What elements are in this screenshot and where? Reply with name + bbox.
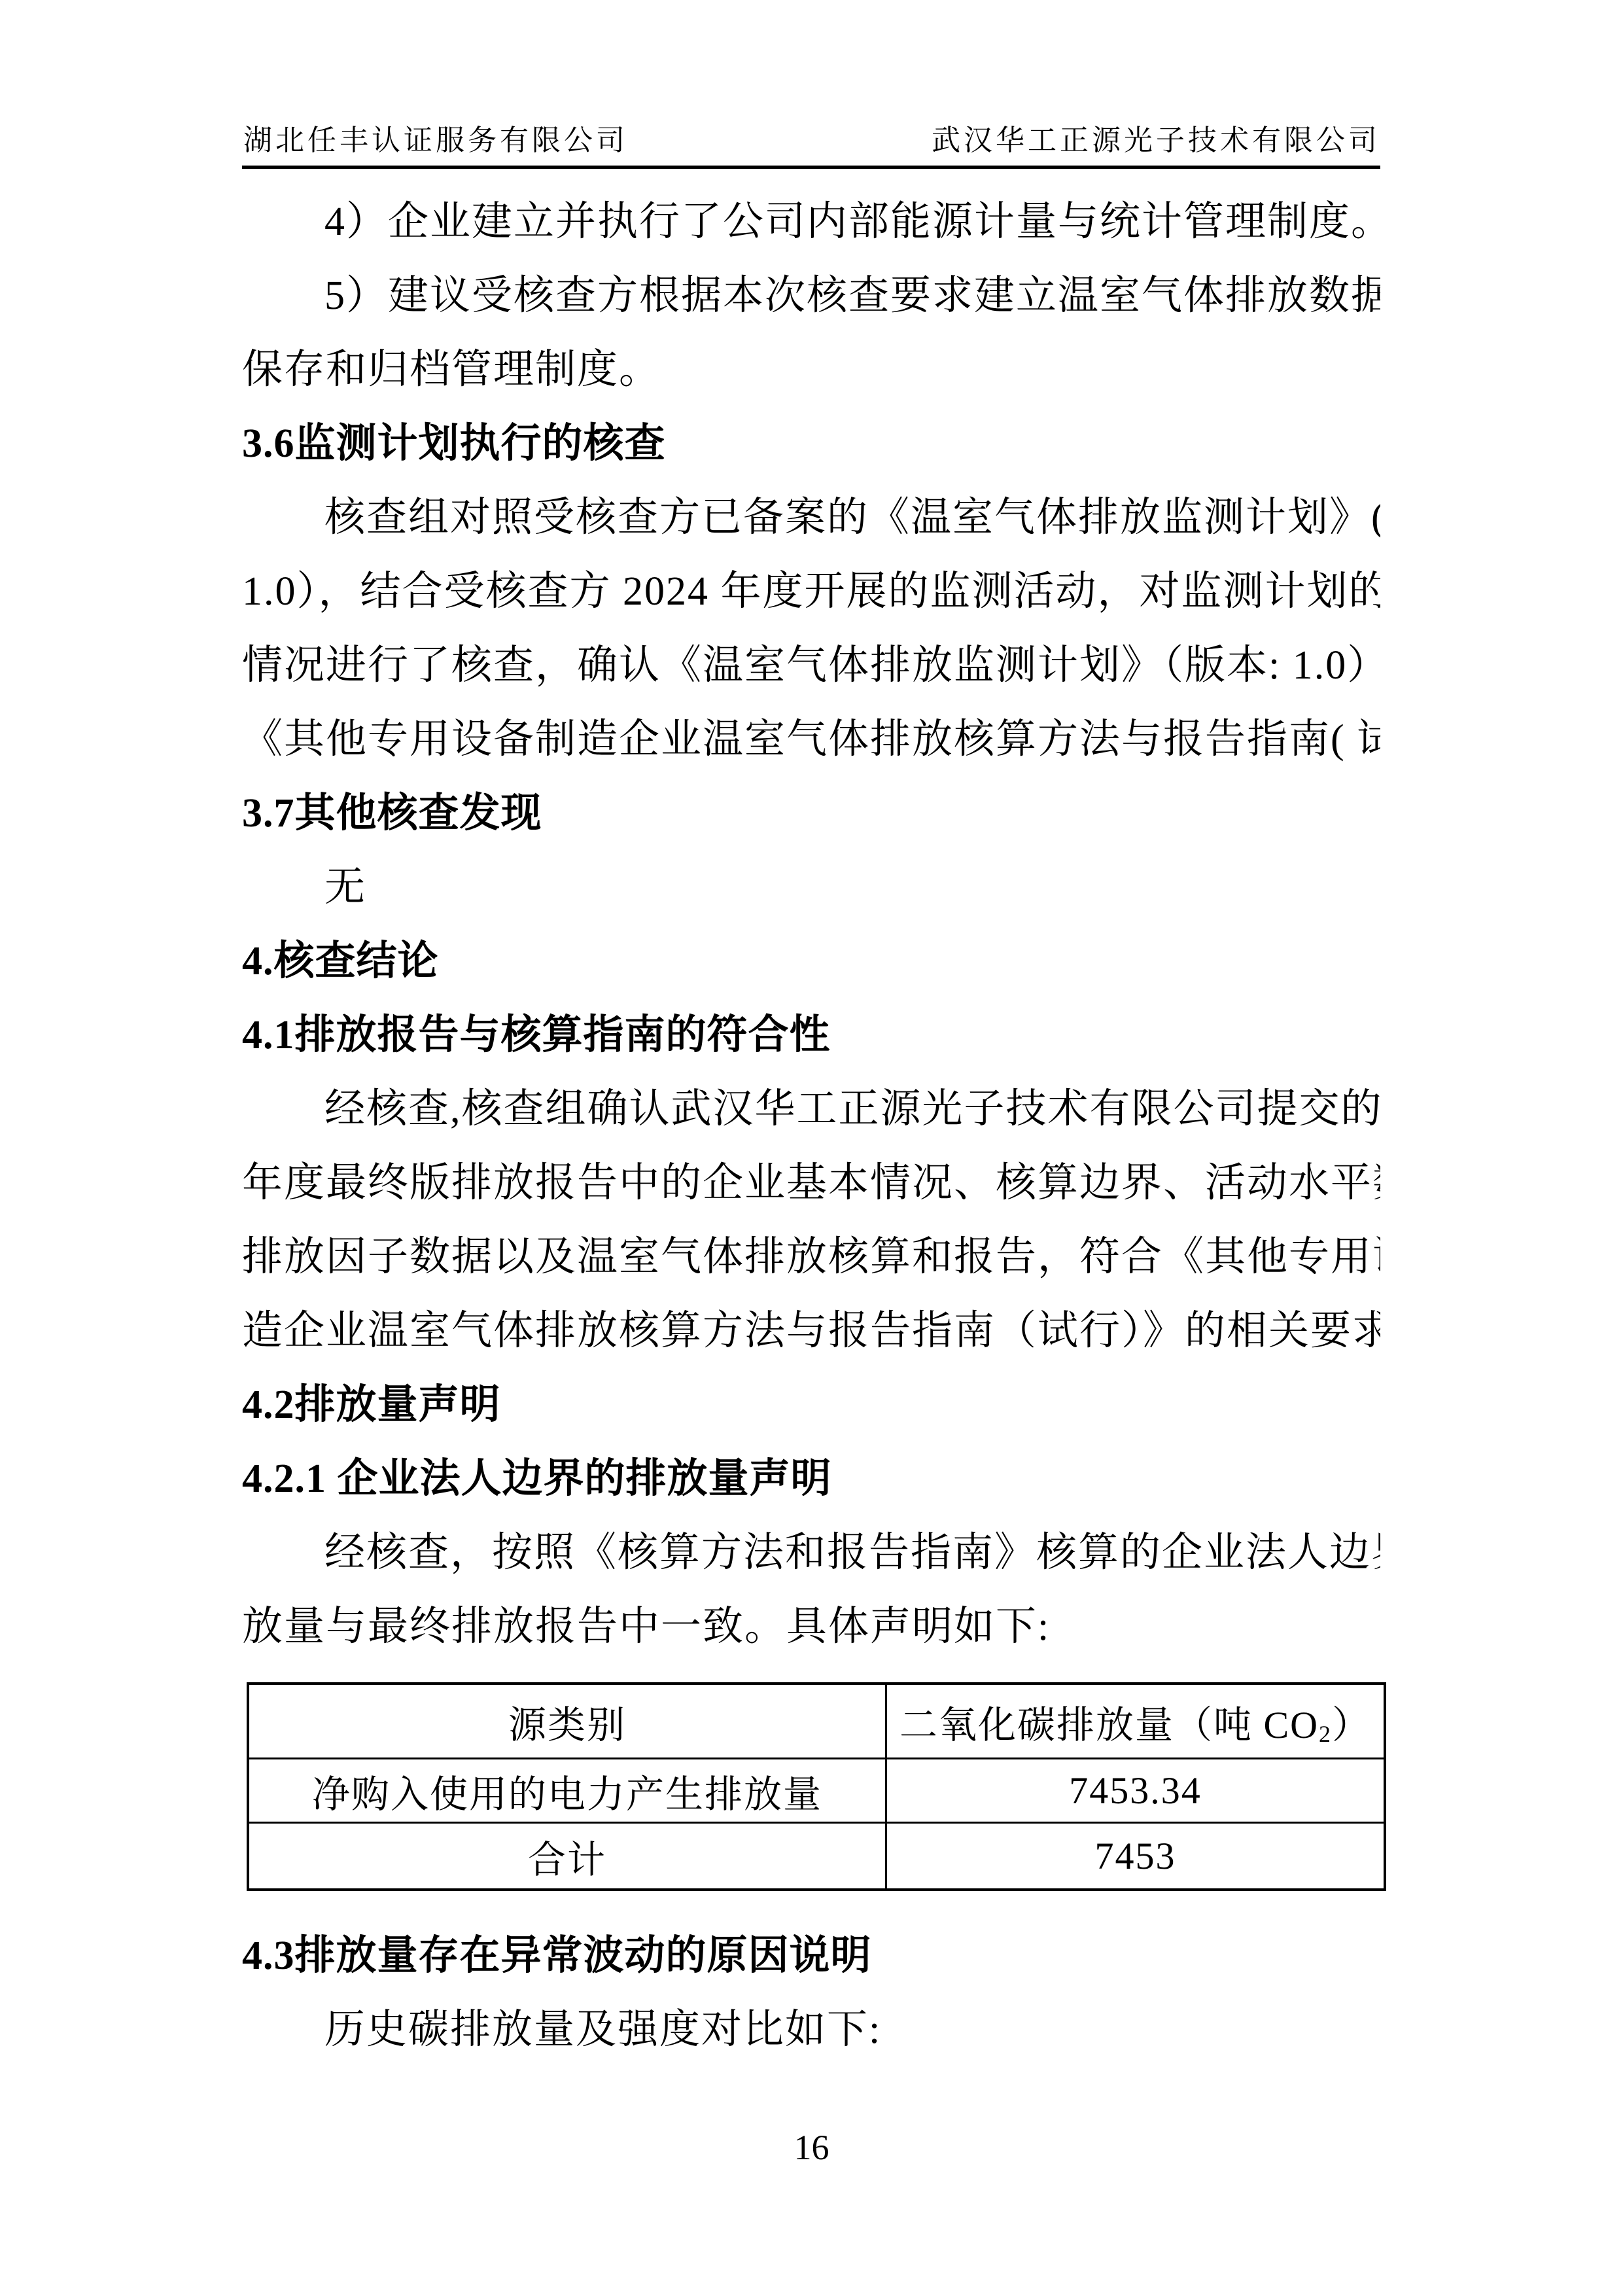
- para-4-2-1-line-2: 放量与最终排放报告中一致。具体声明如下:: [242, 1590, 1380, 1664]
- para-4-1-line-2: 年度最终版排放报告中的企业基本情况、核算边界、活动水平数据、: [242, 1146, 1380, 1220]
- finding-item-4: 4）企业建立并执行了公司内部能源计量与统计管理制度。: [242, 185, 1380, 259]
- heading-4-3: 4.3排放量存在异常波动的原因说明: [242, 1919, 1380, 1993]
- co2-header-suffix: ）: [1332, 1704, 1371, 1746]
- heading-4-2-1: 4.2.1 企业法人边界的排放量声明: [242, 1442, 1380, 1516]
- para-3-6-line-2: 1.0），结合受核查方 2024 年度开展的监测活动，对监测计划的执行: [242, 555, 1380, 629]
- header-rule: [242, 166, 1380, 169]
- table-row-total: 合计 7453: [248, 1823, 1385, 1890]
- emission-table-wrap: 源类别 二氧化碳排放量（吨 CO2） 净购入使用的电力产生排放量 7453.34…: [247, 1682, 1380, 1891]
- heading-4-1: 4.1排放报告与核算指南的符合性: [242, 998, 1380, 1072]
- page-header: 湖北任丰认证服务有限公司 武汉华工正源光子技术有限公司: [242, 0, 1380, 169]
- heading-4-2: 4.2排放量声明: [242, 1368, 1380, 1442]
- heading-3-6: 3.6监测计划执行的核查: [242, 407, 1380, 481]
- cell-source-electricity: 净购入使用的电力产生排放量: [248, 1759, 886, 1823]
- para-3-7-none: 无: [242, 851, 1380, 925]
- page-number: 16: [0, 2128, 1623, 2167]
- verifier-company-name: 湖北任丰认证服务有限公司: [243, 116, 628, 158]
- para-4-2-1-line-1: 经核查，按照《核算方法和报告指南》核算的企业法人边界的排: [242, 1516, 1380, 1590]
- emission-declaration-table: 源类别 二氧化碳排放量（吨 CO2） 净购入使用的电力产生排放量 7453.34…: [247, 1682, 1386, 1891]
- para-4-1-line-3: 排放因子数据以及温室气体排放核算和报告，符合《其他专用设备制: [242, 1220, 1380, 1294]
- co2-header-prefix: 二氧化碳排放量（吨 CO: [899, 1704, 1319, 1746]
- para-4-1-line-1: 经核查,核查组确认武汉华工正源光子技术有限公司提交的 2024: [242, 1072, 1380, 1146]
- finding-item-5-line-2: 保存和归档管理制度。: [242, 333, 1380, 407]
- cell-value-electricity: 7453.34: [886, 1759, 1386, 1823]
- table-header-co2-amount: 二氧化碳排放量（吨 CO2）: [886, 1684, 1386, 1759]
- verified-company-name: 武汉华工正源光子技术有限公司: [932, 116, 1380, 158]
- heading-3-7: 3.7其他核查发现: [242, 777, 1380, 851]
- report-body: 4）企业建立并执行了公司内部能源计量与统计管理制度。 5）建议受核查方根据本次核…: [242, 185, 1380, 2067]
- report-page: 湖北任丰认证服务有限公司 武汉华工正源光子技术有限公司 4）企业建立并执行了公司…: [0, 0, 1623, 2296]
- co2-subscript: 2: [1319, 1721, 1332, 1747]
- heading-4: 4.核查结论: [242, 925, 1380, 998]
- table-header-row: 源类别 二氧化碳排放量（吨 CO2）: [248, 1684, 1385, 1759]
- table-header-source-category: 源类别: [248, 1684, 886, 1759]
- para-3-6-line-1: 核查组对照受核查方已备案的《温室气体排放监测计划》( 版本:: [242, 481, 1380, 555]
- para-4-1-line-4: 造企业温室气体排放核算方法与报告指南（试行）》的相关要求;: [242, 1294, 1380, 1368]
- para-4-3-line-1: 历史碳排放量及强度对比如下:: [242, 1993, 1380, 2067]
- table-row-electricity: 净购入使用的电力产生排放量 7453.34: [248, 1759, 1385, 1823]
- para-3-6-line-3: 情况进行了核查，确认《温室气体排放监测计划》（版本: 1.0）符合: [242, 629, 1380, 703]
- finding-item-5-line-1: 5）建议受核查方根据本次核查要求建立温室气体排放数据文件: [242, 259, 1380, 333]
- cell-value-total: 7453: [886, 1823, 1386, 1890]
- para-3-6-line-4: 《其他专用设备制造企业温室气体排放核算方法与报告指南( 试行 )》。: [242, 703, 1380, 777]
- cell-source-total: 合计: [248, 1823, 886, 1890]
